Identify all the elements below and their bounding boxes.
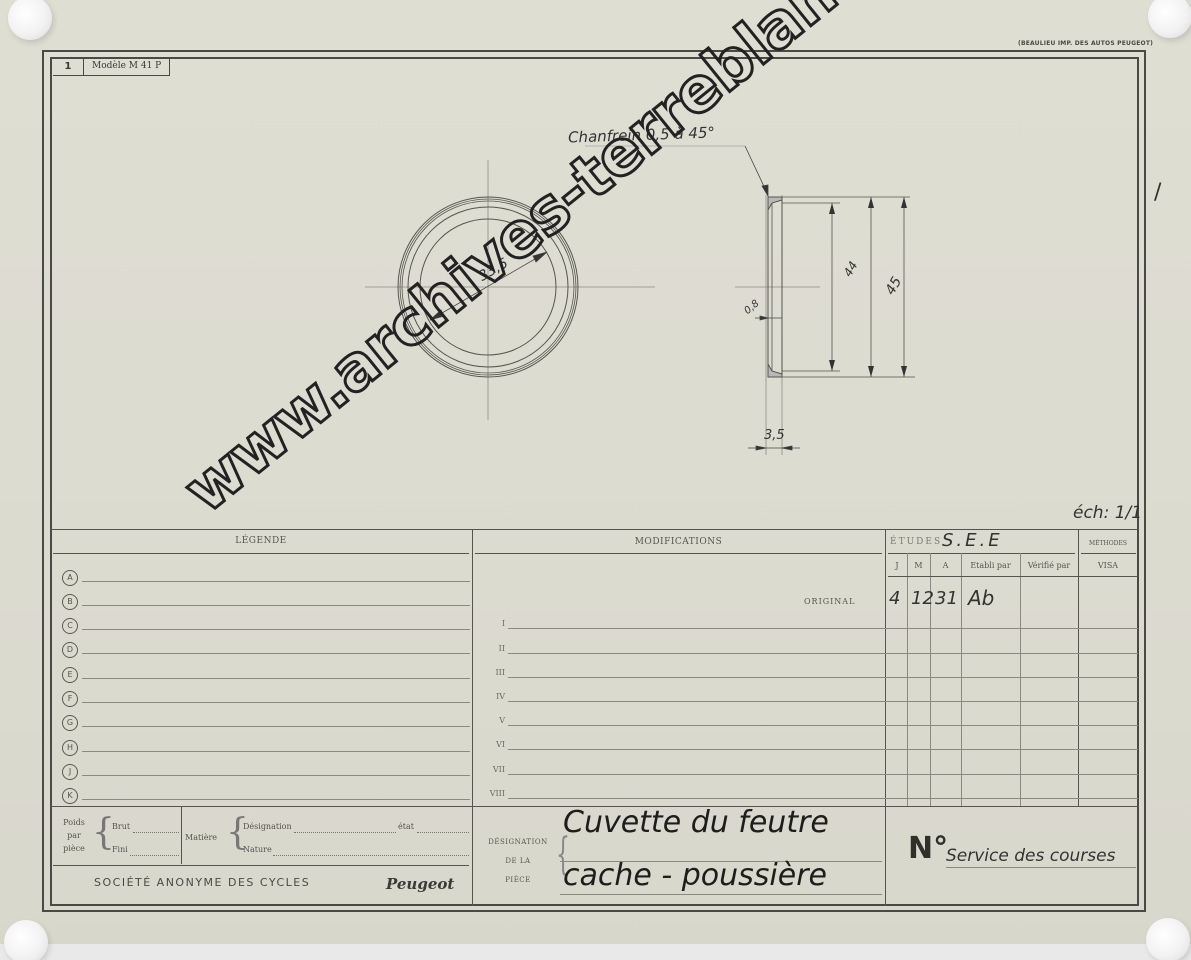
mod-line	[508, 653, 1138, 654]
legend-marker-d: D	[62, 642, 78, 658]
divider-etudes-methodes	[1078, 529, 1079, 806]
fini-field[interactable]	[130, 855, 179, 856]
legend-marker-e: E	[62, 667, 78, 683]
methodes-title: MÉTHODES	[1078, 540, 1138, 547]
legend-header-line	[53, 553, 469, 554]
col-m: M	[907, 561, 930, 570]
thickness-label: 3,5	[764, 428, 785, 443]
legend-line	[82, 678, 470, 679]
legend-marker-g: G	[62, 715, 78, 731]
col-visa: VISA	[1078, 561, 1138, 570]
col-verifie-par: Vérifié par	[1020, 561, 1078, 570]
legend-line	[82, 751, 470, 752]
brut-label: Brut	[112, 822, 130, 831]
modifications-title: MODIFICATIONS	[472, 537, 885, 547]
modifications-header-line	[475, 553, 882, 554]
divider-modifications-etudes	[885, 529, 886, 906]
col-j: J	[887, 561, 907, 570]
mod-line	[508, 725, 1138, 726]
brut-field[interactable]	[133, 832, 179, 833]
etudes-col-divider-j	[907, 553, 908, 806]
numero-underline	[946, 867, 1136, 868]
legend-marker-j: J	[62, 764, 78, 780]
legend-line	[82, 605, 470, 606]
legend-line	[82, 653, 470, 654]
part-name-line-2: cache - poussière	[563, 858, 827, 893]
legend-line	[82, 581, 470, 582]
legend-marker-k: K	[62, 788, 78, 804]
legend-line	[82, 799, 470, 800]
etudes-department: S.E.E	[942, 530, 1003, 551]
legend-line	[82, 702, 470, 703]
fini-label: Fini	[112, 845, 128, 854]
nature-label: Nature	[243, 845, 272, 854]
entry-etabli-par: Ab	[968, 586, 994, 610]
matiere-label: Matière	[185, 833, 217, 842]
company-name: SOCIÉTÉ ANONYME DES CYCLES	[94, 876, 310, 889]
nature-field[interactable]	[273, 855, 469, 856]
mod-line	[508, 701, 1138, 702]
legend-line	[82, 726, 470, 727]
designation-piece-line-1: DÉSIGNATION	[476, 833, 560, 852]
legend-line	[82, 629, 470, 630]
col-etabli-par: Etabli par	[961, 561, 1020, 570]
mod-line	[508, 628, 1138, 629]
scale-label: éch: 1/1	[1073, 503, 1142, 523]
mod-row-iii: III	[475, 668, 505, 677]
designation-line-2	[560, 894, 882, 895]
numero-prefix: N°	[908, 831, 948, 866]
etudes-header-line	[888, 553, 1075, 554]
thickness-dimension	[748, 446, 800, 450]
numero-value: Service des courses	[946, 846, 1115, 866]
poids-line-2: par	[56, 829, 92, 842]
company-row-line	[53, 865, 469, 866]
poids-line-3: pièce	[56, 842, 92, 855]
designation-piece-label: DÉSIGNATION DE LA PIÈCE	[476, 833, 560, 890]
col-a: A	[930, 561, 961, 570]
entry-month: 12	[911, 588, 934, 609]
poids-label: Poids par pièce	[56, 816, 92, 855]
poids-matiere-divider	[181, 806, 182, 864]
mod-line	[508, 798, 1138, 799]
divider-legend-modifications	[472, 529, 473, 906]
designation-piece-line-3: PIÈCE	[476, 871, 560, 890]
original-label: ORIGINAL	[804, 597, 855, 606]
etudes-subheader-line	[888, 576, 1138, 577]
company-brand: Peugeot	[386, 875, 454, 893]
mod-row-iv: IV	[475, 692, 505, 701]
methodes-header-line	[1081, 553, 1136, 554]
legend-marker-f: F	[62, 691, 78, 707]
mod-line	[508, 677, 1138, 678]
etat-label: état	[398, 822, 414, 831]
legend-marker-b: B	[62, 594, 78, 610]
part-name-line-1: Cuvette du feutre	[563, 805, 829, 840]
mod-row-vi: VI	[475, 740, 505, 749]
poids-line-1: Poids	[56, 816, 92, 829]
mod-row-v: V	[475, 716, 505, 725]
etudes-col-divider-etabli	[1020, 553, 1021, 806]
mod-line	[508, 749, 1138, 750]
mod-row-vii: VII	[475, 765, 505, 774]
legend-marker-h: H	[62, 740, 78, 756]
mod-row-viii: VIII	[475, 789, 505, 798]
legend-line	[82, 775, 470, 776]
mod-line	[508, 774, 1138, 775]
mod-row-i: I	[475, 619, 505, 628]
etudes-col-divider-a	[961, 553, 962, 806]
designation-piece-line-2: DE LA	[476, 852, 560, 871]
etat-field[interactable]	[417, 832, 469, 833]
legend-title: LÉGENDE	[50, 536, 472, 546]
etudes-title: ÉTUDES	[890, 537, 942, 547]
designation-label: Désignation	[243, 822, 292, 831]
legend-marker-a: A	[62, 570, 78, 586]
entry-day: 4	[889, 588, 900, 609]
mod-row-ii: II	[475, 644, 505, 653]
legend-marker-c: C	[62, 618, 78, 634]
designation-field[interactable]	[294, 832, 396, 833]
entry-year: 31	[935, 588, 958, 609]
